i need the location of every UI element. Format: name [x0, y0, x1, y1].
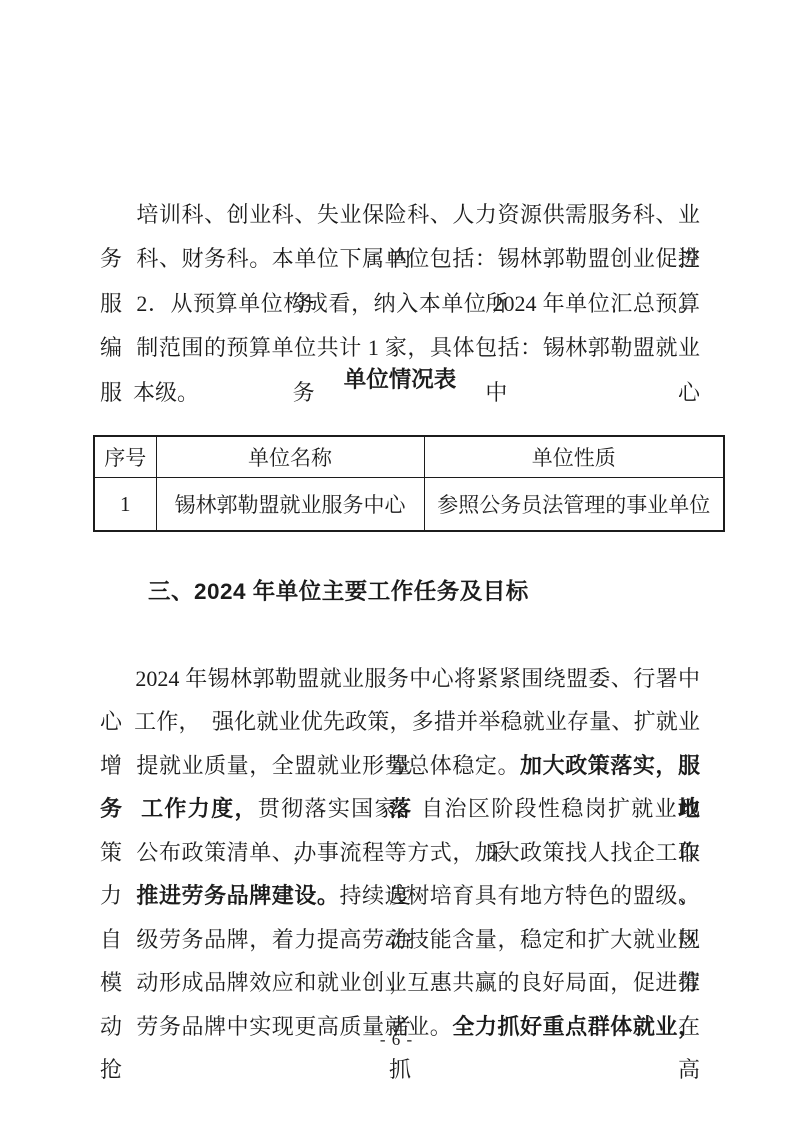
section-paragraph: 2024 年锡林郭勒盟就业服务中心将紧紧围绕盟委、行署中心 工作， 强化就业优先…: [100, 613, 700, 1005]
text-line: 培训科、创业科、失业保险科、人力资源供需服务科、业务内控: [100, 148, 700, 193]
page-number: - 6 -: [0, 1027, 793, 1053]
text-segment-bold: 工作力度，: [141, 796, 258, 821]
table-header-cell: 单位性质: [424, 436, 724, 478]
table-cell: 参照公务员法管理的事业单位: [424, 478, 724, 532]
table-header-row: 序号 单位名称 单位性质: [94, 436, 724, 478]
text-segment: 提就业质量，全盟就业形势总体稳定。: [136, 753, 520, 778]
table-row: 1 锡林郭勒盟就业服务中心 参照公务员法管理的事业单位: [94, 478, 724, 532]
text-line: 2024 年锡林郭勒盟就业服务中心将紧紧围绕盟委、行署中心: [100, 613, 700, 657]
text-segment-bold: 推进劳务品牌建设。: [136, 883, 339, 908]
unit-info-table: 序号 单位名称 单位性质 1 锡林郭勒盟就业服务中心 参照公务员法管理的事业单位: [93, 435, 725, 532]
document-page: 培训科、创业科、失业保险科、人力资源供需服务科、业务内控 科、财务科。本单位下属…: [0, 0, 793, 1122]
table-cell: 1: [94, 478, 156, 532]
text-segment: 抢抓高: [100, 1057, 700, 1082]
table-header-cell: 单位名称: [156, 436, 424, 478]
table-header-cell: 序号: [94, 436, 156, 478]
intro-paragraphs: 培训科、创业科、失业保险科、人力资源供需服务科、业务内控 科、财务科。本单位下属…: [100, 148, 700, 371]
section-heading: 三、2024 年单位主要工作任务及目标: [100, 570, 700, 614]
table-cell: 锡林郭勒盟就业服务中心: [156, 478, 424, 532]
table-title: 单位情况表: [100, 357, 700, 402]
